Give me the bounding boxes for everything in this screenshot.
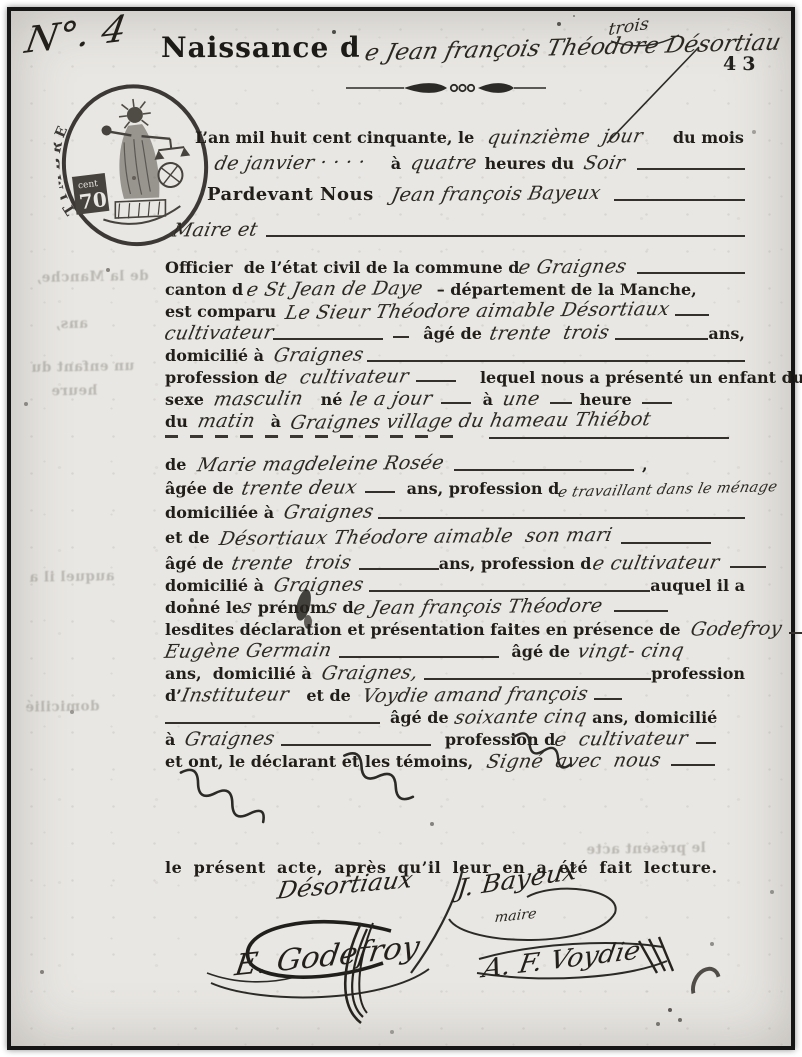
- printed-text: âgé de: [390, 708, 449, 727]
- printed-text: est comparu: [165, 302, 276, 321]
- handwritten-text: trente deux: [240, 476, 359, 499]
- printed-text: âgé de: [165, 554, 224, 573]
- handwritten-text: e Jean françois Théodore: [351, 595, 604, 620]
- form-line: âgée detrente deuxans, profession de tra…: [165, 477, 745, 499]
- form-line: domicilié àGraignes: [165, 344, 745, 366]
- dashed-rule: [165, 435, 465, 438]
- blank-rule: [266, 235, 745, 237]
- handwritten-text: cultivateur: [163, 321, 276, 344]
- handwritten-text: matin: [196, 410, 257, 433]
- paper-specks: [11, 11, 13, 13]
- handwritten-text: Godefroy: [688, 618, 783, 641]
- handwritten-text: Graignes: [272, 344, 366, 367]
- dash-rule: [594, 696, 622, 700]
- handwritten-text: Graignes,: [319, 661, 419, 684]
- printed-text: profession d: [165, 368, 276, 387]
- printed-text: L’an mil huit cent cinquante, le: [195, 128, 474, 147]
- printed-text: ans, profession d: [407, 479, 560, 498]
- bleedthrough-text: de la Manche,: [36, 268, 149, 286]
- blank-rule: [339, 654, 499, 658]
- blank-rule: [165, 720, 380, 724]
- stamp-value: 70: [78, 187, 109, 214]
- handwritten-text: e cultivateur: [553, 727, 690, 750]
- handwritten-text: e travaillant dans le ménage: [557, 479, 779, 501]
- form-line: Officier de l’état civil de la commune d…: [165, 256, 745, 278]
- bleedthrough-text: auquel il a: [29, 568, 115, 585]
- handwritten-text: Graignes: [183, 728, 277, 751]
- form-line: deMarie magdeleine Rosée,: [165, 453, 745, 475]
- handwritten-text: Voydie amand françois: [360, 683, 590, 707]
- handwritten-text: trente trois: [488, 321, 612, 344]
- title-handwritten-name: e Jean françois Théodore Désortiau: [362, 30, 783, 67]
- printed-text: prénom: [252, 598, 327, 617]
- handwritten-text: Eugène Germain: [163, 639, 334, 663]
- dash-rule: [671, 762, 715, 766]
- bleedthrough-text: domicilié: [25, 698, 100, 715]
- blank-rule: [273, 336, 383, 340]
- printed-text: et de: [165, 528, 210, 547]
- blank-rule: [621, 540, 711, 544]
- printed-text: ans, domicilié: [592, 708, 717, 727]
- blank-rule: [367, 360, 745, 362]
- printed-text: profession: [651, 664, 745, 683]
- dash-rule: [642, 400, 672, 404]
- handwritten-text: le a jour: [348, 388, 435, 411]
- title-printed: Naissance d: [161, 31, 361, 64]
- blank-rule: [378, 517, 745, 519]
- printed-text: domicilié à: [165, 346, 264, 365]
- bleedthrough-text: un enfant du: [31, 358, 135, 376]
- form-line: est comparuLe Sieur Théodore aimable Dés…: [165, 300, 745, 322]
- dash-rule: [789, 630, 802, 634]
- dash-rule: [696, 740, 716, 744]
- blank-rule: [614, 199, 745, 201]
- dash-rule: [365, 489, 395, 493]
- dash-rule: [675, 312, 709, 316]
- printed-text: donné le: [165, 598, 242, 617]
- paper: N°. 4 Naissance d e Jean françois Théodo…: [11, 11, 791, 1046]
- ink-blot: [304, 615, 312, 629]
- handwritten-text: Soir: [582, 152, 627, 174]
- form-line: L’an mil huit cent cinquante, lequinzièm…: [195, 126, 745, 148]
- divider-ornament-icon: [346, 77, 546, 99]
- scan-frame: N°. 4 Naissance d e Jean françois Théodo…: [7, 7, 795, 1050]
- form-line: et ont, le déclarant et les témoins,Sign…: [165, 750, 745, 772]
- handwritten-text: vingt- cinq: [576, 639, 686, 662]
- printed-text: âgé de: [423, 324, 482, 343]
- form-line: âgé detrente troisans, profession de cul…: [165, 552, 745, 574]
- handwritten-text: Marie magdeleine Rosée: [196, 452, 447, 477]
- form-line: Pardevant NousJean françois Bayeux: [207, 183, 745, 205]
- handwritten-text: masculin: [212, 388, 305, 411]
- dash-rule: [416, 378, 456, 382]
- form-line: canton de St Jean de Daye– département d…: [165, 278, 745, 300]
- handwritten-text: trente trois: [229, 551, 353, 574]
- handwritten-text: e Graignes: [517, 255, 629, 278]
- dash-rule: [730, 564, 766, 568]
- dash-rule: [550, 400, 572, 404]
- form-line: le présent acte, après qu’il leur en a é…: [165, 858, 745, 877]
- dash-rule: [614, 608, 668, 612]
- printed-text: ans, domicilié à: [165, 664, 312, 683]
- handwritten-text: de janvier · · · ·: [213, 151, 368, 175]
- bleedthrough-text: heure: [51, 383, 98, 400]
- blank-rule: [454, 467, 634, 471]
- form-line: dumatinàGraignes village du hameau Thiéb…: [165, 410, 745, 432]
- blank-rule: [359, 566, 439, 570]
- printed-text: et de: [306, 686, 351, 705]
- printed-text: sexe: [165, 390, 204, 409]
- form-line: profession de cultivateurlequel nous a p…: [165, 366, 745, 388]
- handwritten-text: Instituteur: [179, 683, 290, 706]
- form-line: lesdites déclaration et présentation fai…: [165, 618, 745, 640]
- blank-rule: [637, 272, 745, 274]
- blank-rule: [637, 168, 745, 170]
- handwritten-text: une: [501, 388, 542, 410]
- handwritten-text: Désortiaux Théodore aimable son mari: [217, 524, 614, 550]
- handwritten-text: Le Sieur Théodore aimable Désortiaux: [283, 298, 671, 324]
- form-line: ans, domicilié àGraignes,profession: [165, 662, 745, 684]
- form-line: et deDésortiaux Théodore aimable son mar…: [165, 526, 745, 548]
- handwritten-text: Jean françois Bayeux: [389, 182, 602, 206]
- dash-rule: [393, 334, 409, 338]
- printed-text: Pardevant Nous: [207, 184, 374, 205]
- printed-text: heure: [580, 390, 632, 409]
- printed-text: domiciliée à: [165, 503, 274, 522]
- printed-text: d: [337, 598, 354, 617]
- printed-text: né: [321, 390, 343, 409]
- page-number: 43: [723, 53, 761, 75]
- form-line: donné les prénoms de Jean françois Théod…: [165, 596, 745, 618]
- form-line: sexemasculinnéle a jouràuneheure: [165, 388, 745, 410]
- printed-text: à: [483, 390, 493, 409]
- title-line: Naissance d e Jean françois Théodore Dés…: [161, 31, 778, 64]
- handwritten-text: e cultivateur: [273, 365, 410, 388]
- printed-text: à: [165, 730, 175, 749]
- handwritten-text: quatre: [409, 152, 479, 175]
- printed-text: ans, profession d: [439, 554, 592, 573]
- blank-rule: [615, 338, 708, 340]
- printed-text: d’: [165, 686, 182, 705]
- handwritten-text: Maire et: [171, 219, 260, 242]
- printed-text: à: [391, 154, 401, 173]
- scanned-birth-record: N°. 4 Naissance d e Jean françois Théodo…: [0, 0, 802, 1057]
- handwritten-text: Graignes village du hameau Thiébot: [288, 408, 653, 434]
- form-line: domicilié àGraignesauquel il a: [165, 574, 745, 596]
- form-line: de janvier · · · ·àquatreheures duSoir: [215, 152, 745, 174]
- blank-rule: [369, 590, 650, 592]
- printed-text: du: [165, 412, 188, 431]
- printed-text: domicilié à: [165, 576, 264, 595]
- printed-text: canton d: [165, 280, 243, 299]
- act-number: N°. 4: [22, 7, 130, 62]
- printed-text: auquel il a: [650, 576, 745, 595]
- printed-text: Officier de l’état civil de la commune d: [165, 258, 519, 277]
- printed-text: ans,: [708, 324, 745, 343]
- blank-rule: [424, 678, 652, 680]
- printed-text: heures du: [485, 154, 574, 173]
- printed-text: ,: [642, 455, 648, 474]
- form-line: âgé desoixante cinqans, domicilié: [165, 706, 745, 728]
- printed-text: – département de la Manche,: [437, 280, 697, 299]
- form-line: Maire et: [173, 219, 745, 241]
- printed-text: du mois: [673, 128, 744, 147]
- printed-text: âgé de: [511, 642, 570, 661]
- form-line: domiciliée àGraignes: [165, 501, 745, 523]
- form-line: [165, 435, 745, 443]
- printed-text: lesdites déclaration et présentation fai…: [165, 620, 681, 639]
- handwritten-text: e St Jean de Daye: [245, 277, 425, 301]
- form-line: d’Instituteuret deVoydie amand françois: [165, 684, 745, 706]
- dash-rule: [441, 400, 471, 404]
- printed-text: lequel nous a présenté un enfant du: [480, 368, 802, 387]
- form-line: cultivateurâgé detrente troisans,: [165, 322, 745, 344]
- printed-text: âgée de: [165, 479, 234, 498]
- printed-text: à: [271, 412, 281, 431]
- printed-text: le présent acte, après qu’il leur en a é…: [165, 858, 718, 877]
- printed-text: et ont, le déclarant et les témoins,: [165, 752, 473, 771]
- printed-text: de: [165, 455, 186, 474]
- blank-rule: [489, 435, 729, 439]
- handwritten-text: quinzième jour: [486, 125, 645, 149]
- handwritten-text: e cultivateur: [591, 551, 722, 574]
- form-line: àGraignesprofession de cultivateur: [165, 728, 745, 750]
- handwritten-text: Graignes: [272, 574, 366, 597]
- bleedthrough-text: ans,: [55, 316, 88, 333]
- handwritten-text: Graignes: [282, 501, 376, 524]
- form-line: Eugène Germainâgé devingt- cinq: [165, 640, 745, 662]
